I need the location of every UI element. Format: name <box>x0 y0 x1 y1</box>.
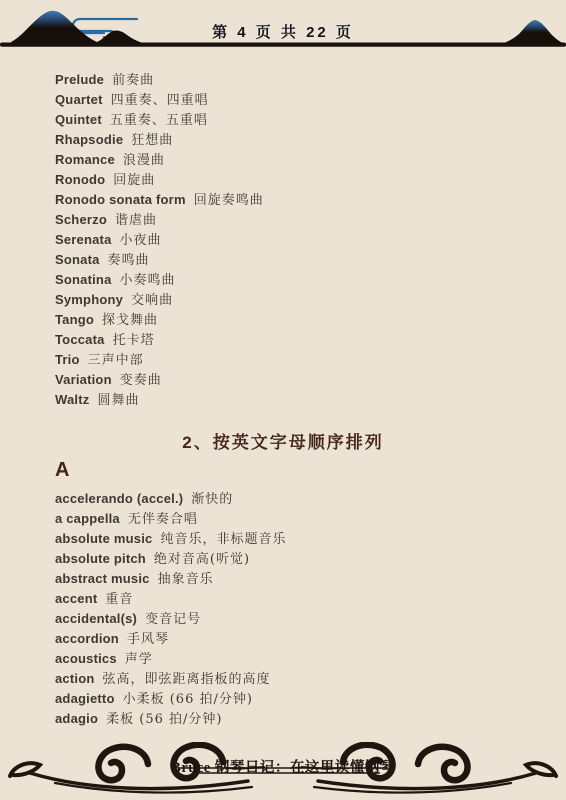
term-row: Ronodo sonata form回旋奏鸣曲 <box>55 190 264 210</box>
term-row: Symphony交响曲 <box>55 290 264 310</box>
term-row: adagio柔板 (56 拍/分钟) <box>55 709 286 729</box>
term-chinese: 渐快的 <box>191 492 233 507</box>
term-row: Romance浪漫曲 <box>55 150 264 170</box>
term-chinese: 交响曲 <box>131 293 173 308</box>
term-english: accelerando (accel.) <box>55 491 183 506</box>
term-chinese: 重音 <box>105 592 133 607</box>
term-english: accidental(s) <box>55 611 137 626</box>
term-row: Quartet四重奏、四重唱 <box>55 90 264 110</box>
term-chinese: 变奏曲 <box>120 373 162 388</box>
term-row: Scherzo谐虐曲 <box>55 210 264 230</box>
term-english: Rhapsodie <box>55 132 123 147</box>
term-english: abstract music <box>55 571 150 586</box>
term-english: Symphony <box>55 292 123 307</box>
term-chinese: 声学 <box>125 652 153 667</box>
term-chinese: 纯音乐，非标题音乐 <box>160 532 286 547</box>
term-row: accent重音 <box>55 589 286 609</box>
term-english: Ronodo sonata form <box>55 192 186 207</box>
term-row: Waltz圆舞曲 <box>55 390 264 410</box>
term-chinese: 三声中部 <box>88 353 144 368</box>
term-list-genres: Prelude前奏曲Quartet四重奏、四重唱Quintet五重奏、五重唱Rh… <box>55 70 264 410</box>
term-row: Serenata小夜曲 <box>55 230 264 250</box>
term-chinese: 柔板 (56 拍/分钟) <box>106 712 222 727</box>
term-chinese: 四重奏、四重唱 <box>111 93 209 108</box>
footer-title: Bruce 钢琴日记：在这里读懂钢琴 <box>0 756 566 777</box>
term-chinese: 无伴奏合唱 <box>128 512 198 527</box>
term-chinese: 狂想曲 <box>131 133 173 148</box>
page-indicator: 第 4 页 共 22 页 <box>0 21 566 42</box>
term-chinese: 奏鸣曲 <box>108 253 150 268</box>
term-english: Quintet <box>55 112 102 127</box>
term-chinese: 绝对音高(听觉) <box>154 552 250 567</box>
page-header: 第 4 页 共 22 页 <box>0 0 566 54</box>
term-chinese: 弦高，即弦距离指板的高度 <box>102 672 270 687</box>
term-english: accordion <box>55 631 119 646</box>
term-chinese: 前奏曲 <box>112 73 154 88</box>
term-chinese: 抽象音乐 <box>158 572 214 587</box>
term-english: a cappella <box>55 511 120 526</box>
term-english: acoustics <box>55 651 117 666</box>
term-row: Prelude前奏曲 <box>55 70 264 90</box>
term-chinese: 回旋奏鸣曲 <box>194 193 264 208</box>
term-english: Scherzo <box>55 212 107 227</box>
term-chinese: 小奏鸣曲 <box>120 273 176 288</box>
term-list-letter-a: accelerando (accel.)渐快的a cappella无伴奏合唱ab… <box>55 489 286 729</box>
term-chinese: 小柔板 (66 拍/分钟) <box>123 692 253 707</box>
term-english: adagio <box>55 711 98 726</box>
term-row: a cappella无伴奏合唱 <box>55 509 286 529</box>
term-english: Waltz <box>55 392 89 407</box>
term-row: accidental(s)变音记号 <box>55 609 286 629</box>
term-english: Romance <box>55 152 115 167</box>
term-row: Ronodo回旋曲 <box>55 170 264 190</box>
term-row: action弦高，即弦距离指板的高度 <box>55 669 286 689</box>
term-english: accent <box>55 591 97 606</box>
term-row: Sonatina小奏鸣曲 <box>55 270 264 290</box>
term-english: Ronodo <box>55 172 105 187</box>
term-row: acoustics声学 <box>55 649 286 669</box>
term-chinese: 圆舞曲 <box>97 393 139 408</box>
page-footer: Bruce 钢琴日记：在这里读懂钢琴 <box>0 742 566 800</box>
term-chinese: 谐虐曲 <box>115 213 157 228</box>
term-row: Quintet五重奏、五重唱 <box>55 110 264 130</box>
term-english: absolute music <box>55 531 152 546</box>
term-row: Variation变奏曲 <box>55 370 264 390</box>
term-row: absolute music纯音乐，非标题音乐 <box>55 529 286 549</box>
term-english: Prelude <box>55 72 104 87</box>
term-english: Trio <box>55 352 80 367</box>
term-row: Trio三声中部 <box>55 350 264 370</box>
term-english: Serenata <box>55 232 112 247</box>
term-chinese: 五重奏、五重唱 <box>110 113 208 128</box>
term-english: adagietto <box>55 691 115 706</box>
term-chinese: 回旋曲 <box>113 173 155 188</box>
term-chinese: 手风琴 <box>127 632 169 647</box>
term-row: Toccata托卡塔 <box>55 330 264 350</box>
term-english: Sonata <box>55 252 100 267</box>
term-row: abstract music抽象音乐 <box>55 569 286 589</box>
term-chinese: 探戈舞曲 <box>102 313 158 328</box>
section-heading: 2、按英文字母顺序排列 <box>0 428 566 453</box>
term-row: absolute pitch绝对音高(听觉) <box>55 549 286 569</box>
term-english: Tango <box>55 312 94 327</box>
term-row: accelerando (accel.)渐快的 <box>55 489 286 509</box>
header-rule <box>0 43 566 47</box>
term-row: accordion手风琴 <box>55 629 286 649</box>
term-english: Quartet <box>55 92 103 107</box>
document-page: 第 4 页 共 22 页 Prelude前奏曲Quartet四重奏、四重唱Qui… <box>0 0 566 800</box>
term-chinese: 托卡塔 <box>113 333 155 348</box>
term-row: Rhapsodie狂想曲 <box>55 130 264 150</box>
term-english: action <box>55 671 94 686</box>
term-english: absolute pitch <box>55 551 146 566</box>
term-chinese: 浪漫曲 <box>123 153 165 168</box>
term-row: Tango探戈舞曲 <box>55 310 264 330</box>
term-row: Sonata奏鸣曲 <box>55 250 264 270</box>
letter-heading-a: A <box>55 459 69 482</box>
term-chinese: 小夜曲 <box>120 233 162 248</box>
term-english: Sonatina <box>55 272 112 287</box>
term-chinese: 变音记号 <box>145 612 201 627</box>
term-english: Toccata <box>55 332 105 347</box>
term-row: adagietto小柔板 (66 拍/分钟) <box>55 689 286 709</box>
term-english: Variation <box>55 372 112 387</box>
